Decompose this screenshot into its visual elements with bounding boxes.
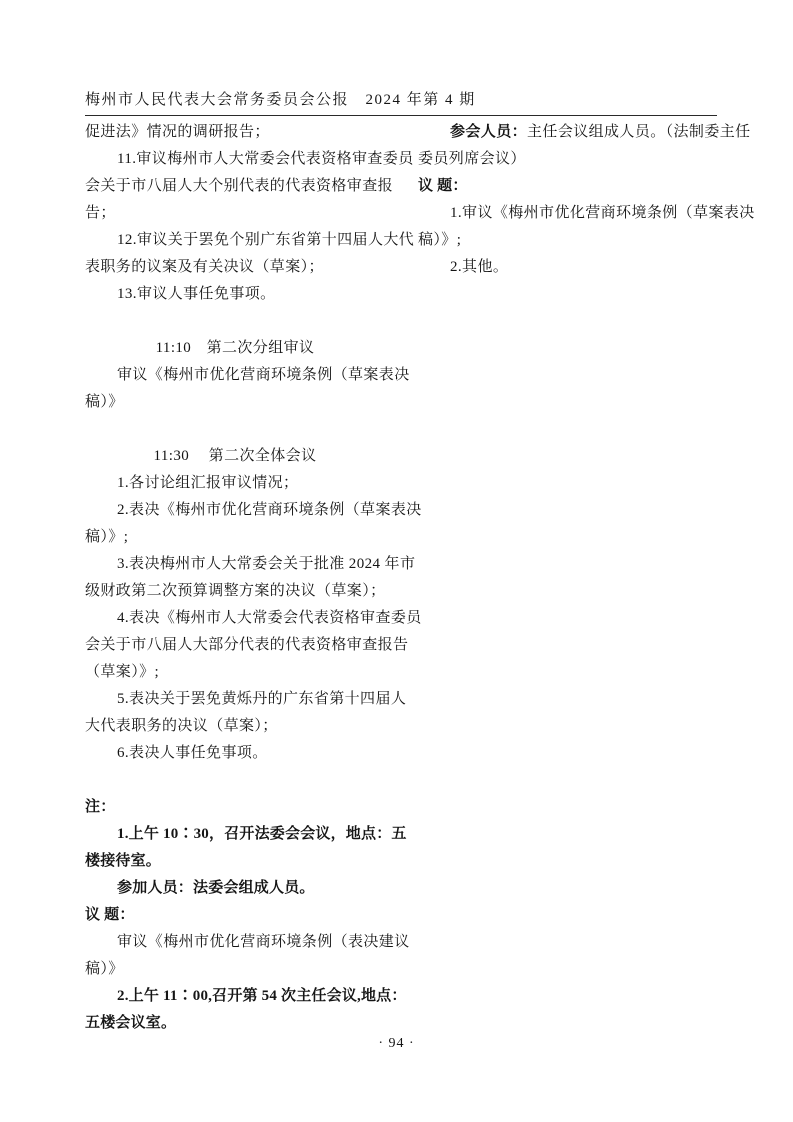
line-text: 1.上午 10∶30，召开法委会会议，地点：五 [117,826,407,842]
publication-title: 梅州市人民代表大会常务委员会公报 2024 年第 4 期 [85,88,717,109]
text-line: 3.表决梅州市人大常委会关于批准 2024 年市 [85,551,385,578]
text-line: 稿）》 [85,389,385,416]
text-line: 1.各讨论组汇报审议情况； [85,470,385,497]
text-line: 审议《梅州市优化营商环境条例（表决建议 [85,929,385,956]
text-line: 11:30 第二次全体会议 [85,443,385,470]
text-line: 注： [85,794,385,821]
text-line: 级财政第二次预算调整方案的决议（草案）； [85,578,385,605]
page-number: · 94 · [378,1036,414,1051]
line-text: 11:30 第二次全体会议 [154,448,317,464]
text-line: 6.表决人事任免事项。 [85,740,385,767]
text-line: 参会人员：主任会议组成人员。（法制委主任 [418,119,718,146]
text-line: 议 题： [418,173,718,200]
text-line: 表职务的议案及有关决议（草案）； [85,254,385,281]
text-line: 12.审议关于罢免个别广东省第十四届人大代 [85,227,385,254]
text-line: 审议《梅州市优化营商环境条例（草案表决 [85,362,385,389]
line-text: 表职务的议案及有关决议（草案）； [85,259,324,275]
text-line: 2.其他。 [418,254,718,281]
line-text: 促进法》情况的调研报告； [85,124,270,140]
text-line: 委员列席会议） [418,146,718,173]
content-columns: 促进法》情况的调研报告；11.审议梅州市人大常委会代表资格审查委员会关于市八届人… [85,119,718,1037]
text-line: 会关于市八届人大部分代表的代表资格审查报告 [85,632,385,659]
text-line: 稿）》 [85,956,385,983]
line-text: 3.表决梅州市人大常委会关于批准 2024 年市 [117,556,415,572]
text-line: 告； [85,200,385,227]
document-page: 梅州市人民代表大会常务委员会公报 2024 年第 4 期 促进法》情况的调研报告… [0,0,793,1122]
line-text: 五楼会议室。 [85,1015,176,1031]
line-text: 5.表决关于罢免黄烁丹的广东省第十四届人 [117,691,406,707]
right-column: 参会人员：主任会议组成人员。（法制委主任委员列席会议）议 题：1.审议《梅州市优… [418,119,718,1037]
text-line: 稿）》; [85,524,385,551]
text-line: 五楼会议室。 [85,1010,385,1037]
line-text: 11:10 第二次分组审议 [156,340,315,356]
header-rule [85,115,717,116]
left-column: 促进法》情况的调研报告；11.审议梅州市人大常委会代表资格审查委员会关于市八届人… [85,119,385,1037]
text-line: 5.表决关于罢免黄烁丹的广东省第十四届人 [85,686,385,713]
text-line: 议 题： [85,902,385,929]
line-text: 会关于市八届人大个别代表的代表资格审查报 [85,178,393,194]
text-line: （草案）》; [85,659,385,686]
line-text: 议 题： [85,907,135,923]
page-header: 梅州市人民代表大会常务委员会公报 2024 年第 4 期 [85,88,717,116]
line-text: 楼接待室。 [85,853,161,869]
line-text: 参加人员：法委会组成人员。 [117,880,315,896]
line-text: 2.其他。 [450,259,508,275]
line-text: 审议《梅州市优化营商环境条例（表决建议 [117,934,410,950]
text-line: 11:10 第二次分组审议 [85,335,385,362]
line-text: 告； [85,205,116,221]
text-line: 13.审议人事任免事项。 [85,281,385,308]
text-line: 2.表决《梅州市优化营商环境条例（草案表决 [85,497,385,524]
text-line: 稿）》; [418,227,718,254]
line-text: 审议《梅州市优化营商环境条例（草案表决 [117,367,410,383]
line-text: 主任会议组成人员。（法制委主任 [527,124,751,140]
text-line: 1.审议《梅州市优化营商环境条例（草案表决 [418,200,718,227]
line-text: （草案）》; [85,664,159,680]
text-line: 1.上午 10∶30，召开法委会会议，地点：五 [85,821,385,848]
line-text: 11.审议梅州市人大常委会代表资格审查委员 [117,151,414,167]
text-line: 4.表决《梅州市人大常委会代表资格审查委员 [85,605,385,632]
text-line: 11.审议梅州市人大常委会代表资格审查委员 [85,146,385,173]
line-text: 大代表职务的决议（草案）； [85,718,278,734]
text-line: 2.上午 11∶00,召开第 54 次主任会议,地点： [85,983,385,1010]
text-line: 促进法》情况的调研报告； [85,119,385,146]
line-bold-label: 参会人员： [450,124,527,140]
line-text: 稿）》; [418,232,461,248]
line-text: 稿）》; [85,529,128,545]
blank-line [85,767,385,794]
line-text: 会关于市八届人大部分代表的代表资格审查报告 [85,637,408,653]
line-text: 稿）》 [85,394,124,410]
line-text: 4.表决《梅州市人大常委会代表资格审查委员 [117,610,422,626]
text-line: 大代表职务的决议（草案）； [85,713,385,740]
text-line: 会关于市八届人大个别代表的代表资格审查报 [85,173,385,200]
text-line: 参加人员：法委会组成人员。 [85,875,385,902]
line-text: 级财政第二次预算调整方案的决议（草案）； [85,583,386,599]
line-text: 1.审议《梅州市优化营商环境条例（草案表决 [450,205,755,221]
line-text: 12.审议关于罢免个别广东省第十四届人大代 [117,232,414,248]
line-text: 6.表决人事任免事项。 [117,745,268,761]
text-line: 楼接待室。 [85,848,385,875]
line-text: 13.审议人事任免事项。 [117,286,276,302]
line-text: 1.各讨论组汇报审议情况； [117,475,298,491]
line-text: 委员列席会议） [418,151,526,167]
blank-line [85,308,385,335]
blank-line [85,416,385,443]
line-text: 2.表决《梅州市优化营商环境条例（草案表决 [117,502,422,518]
line-text: 注： [85,799,115,815]
line-text: 2.上午 11∶00,召开第 54 次主任会议,地点： [117,988,407,1004]
line-text: 议 题： [418,178,468,194]
page-footer: · 94 · [0,1036,793,1052]
line-text: 稿）》 [85,961,124,977]
